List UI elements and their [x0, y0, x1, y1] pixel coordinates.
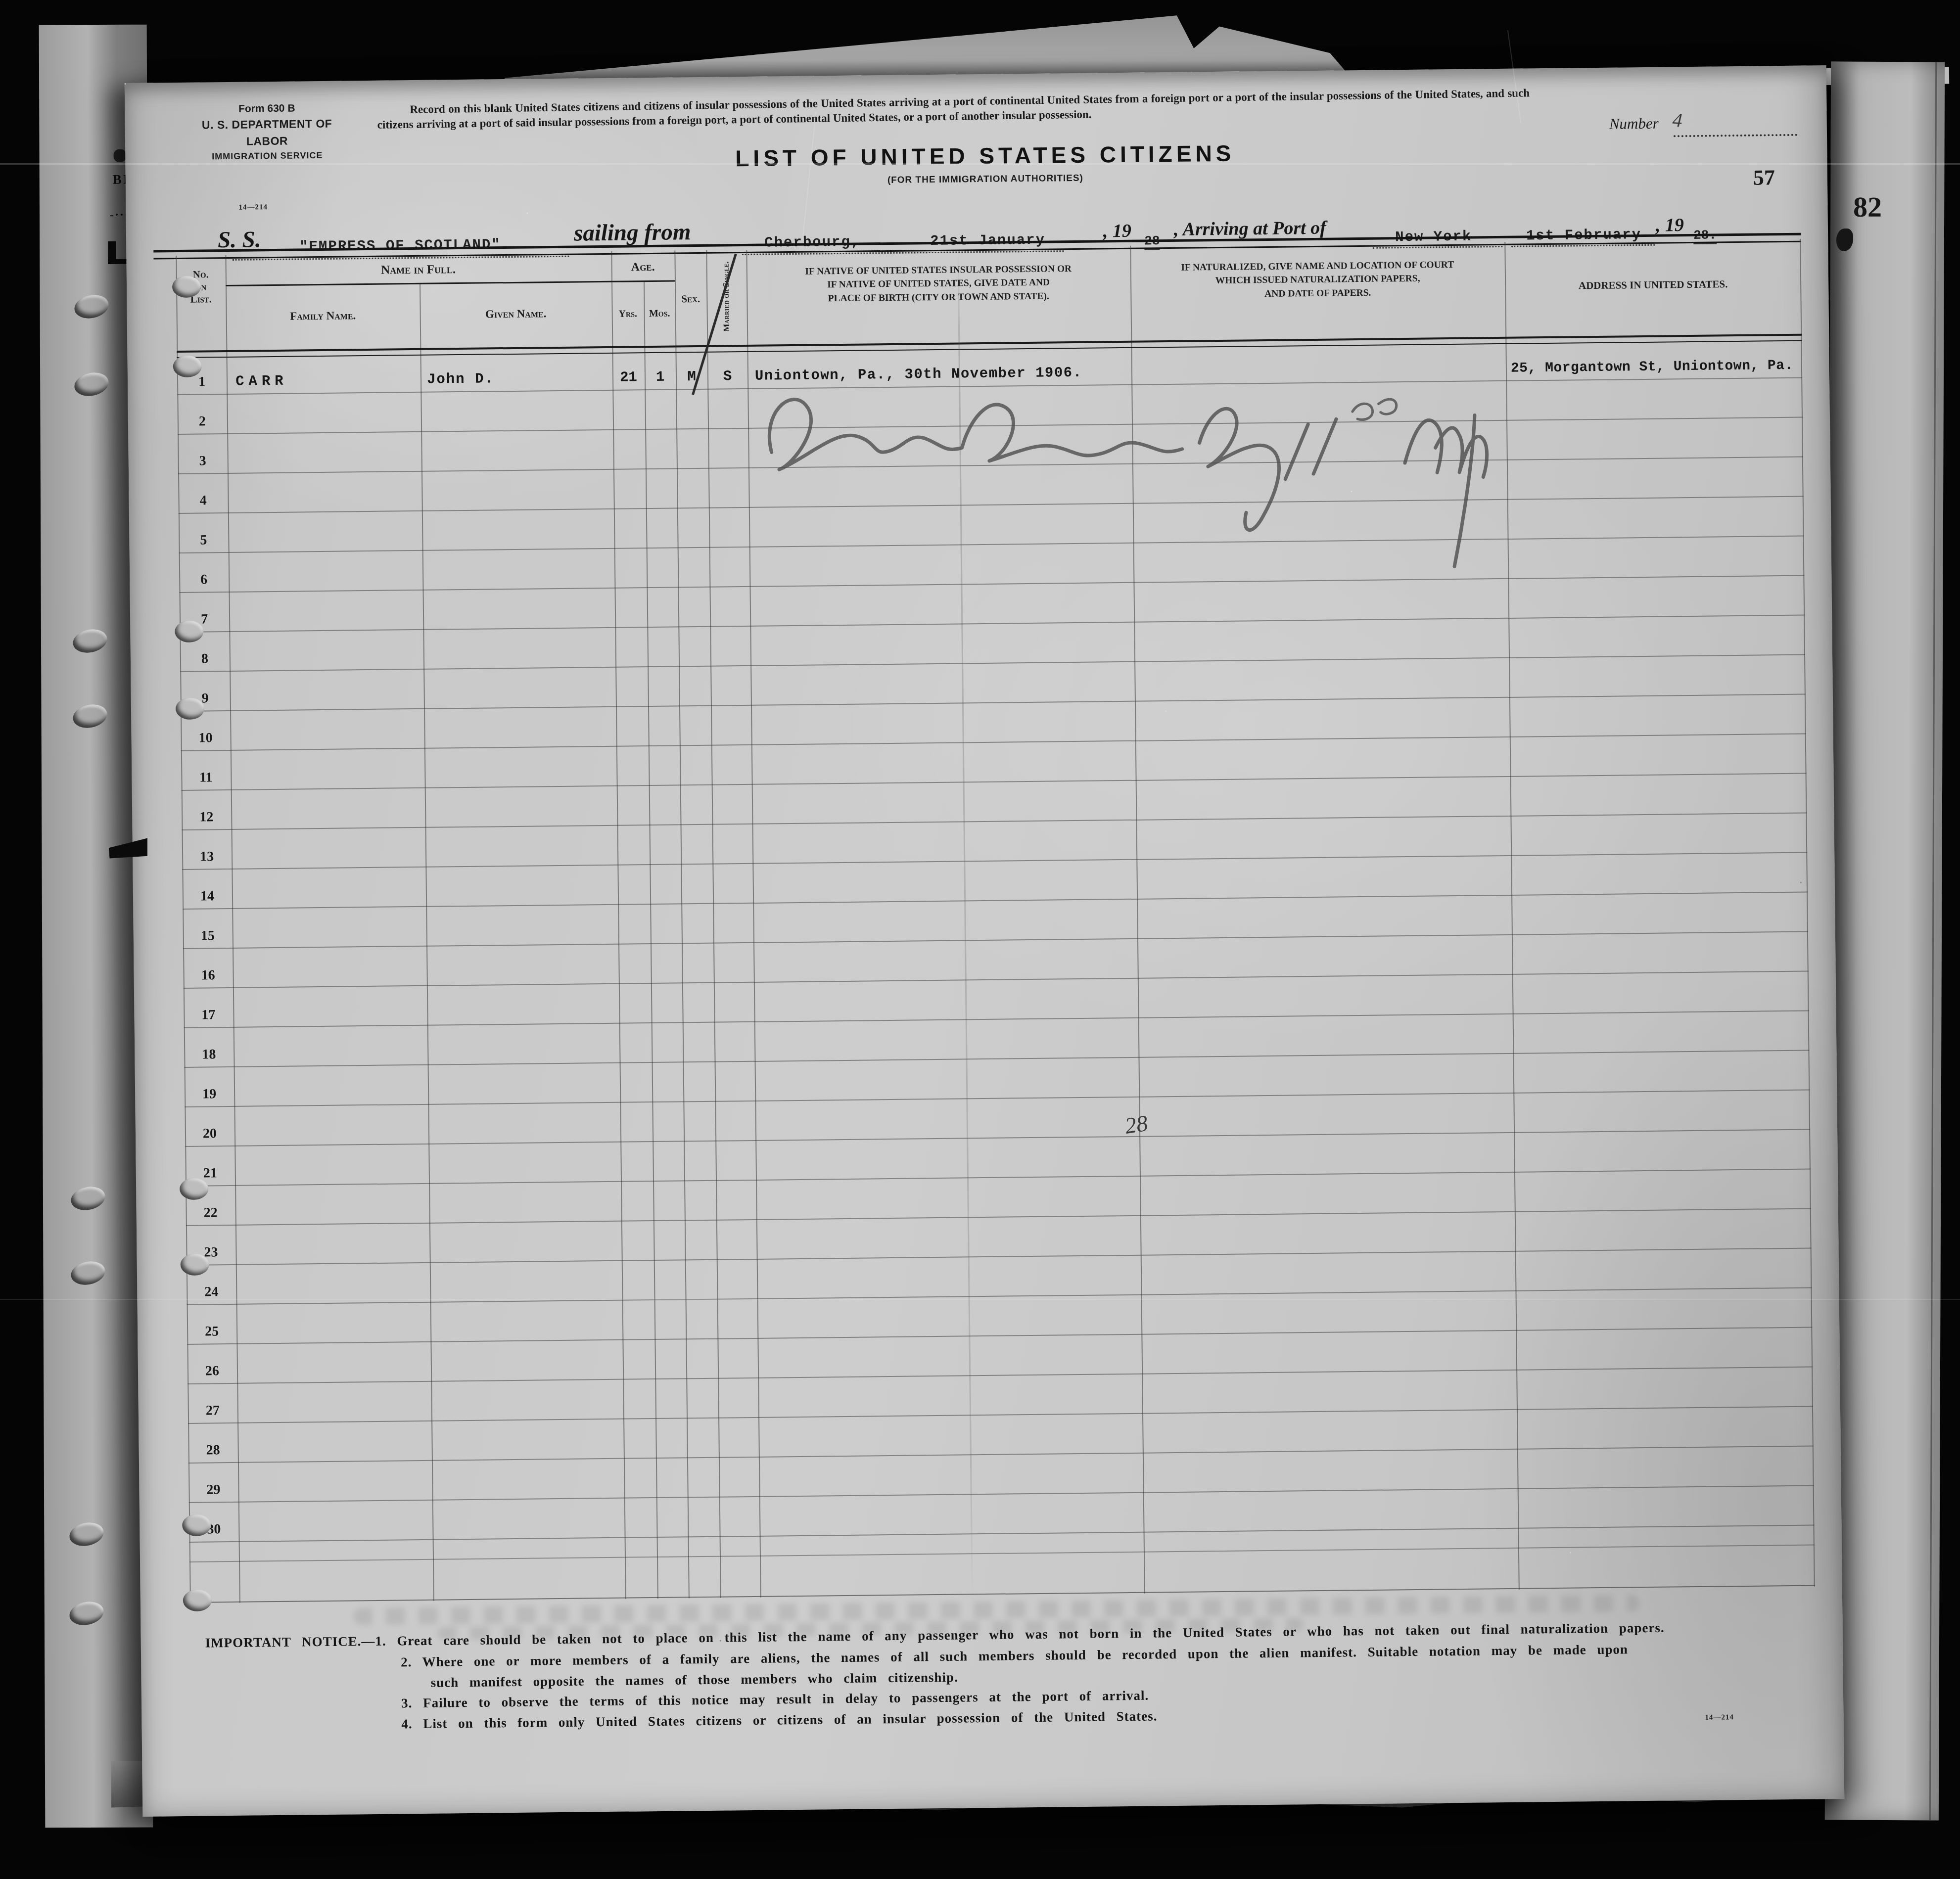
cell-sex: [684, 1137, 715, 1137]
cell-sex: [682, 978, 714, 979]
cell-yrs: [623, 1375, 655, 1375]
cell-sex: [681, 899, 713, 900]
cell-married: [715, 1097, 755, 1097]
cell-no: 13: [182, 849, 232, 865]
cell-yrs: [620, 1137, 653, 1138]
cell-no: 22: [186, 1205, 235, 1221]
form-identifier-block: Form 630 B U. S. DEPARTMENT OF LABOR IMM…: [183, 100, 351, 163]
notice-line-3: such manifest opposite the names of thos…: [430, 1670, 958, 1691]
cell-mos: [654, 1334, 686, 1335]
cell-mos: [650, 899, 681, 900]
cell-sex: [688, 1493, 719, 1493]
cell-sex: [678, 583, 709, 583]
cell-married: [708, 463, 748, 464]
number-label: Number: [1609, 115, 1659, 133]
cell-yrs: [619, 1018, 652, 1019]
cell-no: 15: [183, 928, 233, 944]
cell-married: [717, 1255, 757, 1255]
cell-yrs: 21: [612, 369, 645, 386]
cell-no: 25: [187, 1324, 236, 1340]
cell-yrs: [621, 1216, 653, 1217]
microfilm-scan: BIL -···· 82 Form 630 B U. S. DEPARTMENT…: [0, 0, 1960, 1879]
cell-mos: [652, 1097, 683, 1098]
cell-yrs: [624, 1493, 656, 1494]
cell-married: [713, 938, 753, 939]
cell-sex: [685, 1295, 717, 1295]
print-code-bottom: 14—214: [1705, 1713, 1734, 1722]
cell-married: [718, 1413, 758, 1414]
column-header-name: Name in Full.: [226, 261, 611, 279]
cell-married: [712, 780, 752, 780]
cell-yrs: [622, 1256, 654, 1256]
handwritten-signature: [756, 370, 1510, 586]
cell-married: [715, 1136, 755, 1137]
cell-married: [716, 1215, 756, 1216]
cell-sex: [686, 1374, 718, 1375]
cell-sex: [678, 543, 709, 544]
cell-married: [709, 543, 749, 543]
column-header-birth: IF NATIVE OF UNITED STATES INSULAR POSSE…: [749, 262, 1128, 306]
cell-sex: [677, 464, 708, 464]
number-fill-line: [1674, 134, 1797, 137]
cell-no: 3: [178, 453, 228, 469]
cell-no: 29: [188, 1482, 238, 1498]
cell-sex: [680, 820, 712, 821]
cell-sex: [679, 701, 711, 702]
cell-no: 4: [178, 493, 228, 509]
cell-married: [710, 622, 750, 622]
cell-no: 18: [184, 1047, 233, 1063]
scan-streak: [0, 1299, 1960, 1300]
cell-yrs: [614, 504, 646, 504]
cell-sex: [677, 504, 709, 504]
cell-mos: [649, 741, 680, 741]
cell-mos: [646, 464, 677, 464]
cell-mos: [647, 543, 678, 544]
cell-married: [717, 1334, 757, 1334]
cell-yrs: [617, 821, 649, 821]
cell-mos: [653, 1176, 684, 1177]
cell-no: 6: [179, 572, 229, 588]
cell-mos: [655, 1414, 687, 1414]
column-header-married-or-single: Married or Single.: [721, 257, 732, 336]
cell-mos: [651, 978, 682, 979]
cell-mos: [655, 1374, 686, 1375]
handwritten-number: 4: [1672, 108, 1683, 132]
column-header-mos: Mos.: [644, 308, 675, 320]
dust-specks: [125, 83, 126, 85]
page-subtitle: (FOR THE IMMIGRATION AUTHORITIES): [738, 172, 1233, 187]
cell-married: [719, 1532, 759, 1532]
column-header-address: ADDRESS IN UNITED STATES.: [1505, 277, 1801, 293]
cell-yrs: [624, 1533, 656, 1533]
cell-no: 11: [181, 770, 231, 786]
cell-married: [719, 1492, 759, 1493]
cell-yrs: [615, 623, 647, 623]
cell-no: 16: [183, 967, 233, 984]
cell-mos: [647, 622, 678, 623]
cell-sex: [688, 1532, 719, 1533]
column-header-age: Age.: [611, 260, 675, 274]
cell-no: 17: [184, 1007, 233, 1023]
cell-mos: [653, 1137, 684, 1137]
cell-mos: [654, 1295, 685, 1295]
cell-mos: [653, 1216, 685, 1216]
print-code-top: 14—214: [238, 203, 268, 212]
cell-mos: [648, 662, 679, 662]
cell-no: 20: [185, 1126, 234, 1142]
cell-mos: [646, 504, 677, 504]
cell-mos: [649, 780, 680, 781]
cell-given: John D.: [427, 370, 494, 387]
cell-yrs: [618, 900, 650, 900]
cell-mos: [647, 583, 678, 583]
cell-mos: [650, 860, 681, 860]
cell-married: [714, 1057, 754, 1057]
sheet-edge-line: [1929, 62, 1937, 1820]
year-prefix: , 19: [1103, 220, 1131, 242]
cell-sex: [676, 424, 708, 425]
cell-mos: [656, 1453, 687, 1454]
cell-address: 25, Morgantown St, Uniontown, Pa.: [1511, 358, 1793, 376]
column-header-family: Family Name.: [226, 309, 420, 323]
cell-married: [712, 820, 752, 820]
cell-no: 14: [183, 888, 232, 905]
cell-yrs: [617, 860, 650, 861]
cell-mos: [656, 1532, 688, 1533]
cell-married: [711, 701, 751, 701]
cell-married: [713, 899, 753, 899]
service-name: IMMIGRATION SERVICE: [183, 148, 351, 163]
cell-yrs: [617, 781, 649, 781]
cell-sex: [686, 1334, 717, 1335]
stamped-page-number: 57: [1753, 165, 1775, 190]
cell-yrs: [618, 939, 651, 940]
cell-married: S: [707, 368, 747, 385]
cell-sex: [683, 1057, 714, 1058]
handwritten-sheet-note: 28: [1123, 1110, 1149, 1139]
cell-mos: 1: [645, 368, 676, 385]
cell-mos: [649, 820, 680, 821]
cell-yrs: [623, 1414, 655, 1415]
cell-sex: [685, 1216, 716, 1216]
cell-no: 26: [187, 1363, 237, 1379]
year-prefix: , 19: [1656, 214, 1684, 236]
cell-no: 12: [182, 809, 231, 825]
cell-no: 24: [187, 1284, 236, 1300]
cell-sex: [687, 1414, 718, 1414]
cell-mos: [652, 1018, 683, 1018]
cell-married: [716, 1176, 756, 1176]
cell-married: [717, 1294, 757, 1295]
cell-married: [709, 503, 749, 504]
page-title: LIST OF UNITED STATES CITIZENS: [663, 139, 1307, 173]
cell-married: [710, 661, 750, 662]
cell-yrs: [619, 979, 651, 979]
cell-sex: [678, 622, 710, 623]
cell-no: 2: [178, 413, 227, 430]
ink-fragment: [114, 149, 127, 162]
column-header-given: Given Name.: [420, 307, 612, 321]
column-header-naturalization: IF NATURALIZED, GIVE NAME AND LOCATION O…: [1133, 258, 1503, 302]
cell-married: [709, 582, 749, 583]
cell-married: [711, 740, 751, 741]
arriving-label: , Arriving at Port of: [1174, 217, 1326, 240]
sailing-from-label: sailing from: [574, 219, 691, 246]
header-rule: [226, 281, 611, 286]
cell-no: 28: [188, 1442, 238, 1459]
cell-yrs: [620, 1098, 652, 1098]
column-header-sex: Sex.: [675, 293, 706, 306]
cell-yrs: [621, 1177, 653, 1177]
cell-sex: [684, 1176, 716, 1177]
notice-line-5: 4. List on this form only United States …: [401, 1708, 1157, 1732]
cell-sex: [680, 741, 711, 741]
cell-yrs: [615, 662, 648, 663]
notice-line-4: 3. Failure to observe the terms of this …: [401, 1688, 1149, 1711]
manifest-page: Form 630 B U. S. DEPARTMENT OF LABOR IMM…: [125, 65, 1845, 1817]
punch-hole: [183, 1589, 212, 1611]
cell-sex: [683, 1018, 714, 1018]
cell-married: [714, 978, 754, 978]
cell-married: [718, 1374, 758, 1374]
cell-yrs: [619, 1058, 652, 1058]
cell-yrs: [616, 702, 648, 702]
cell-mos: [651, 939, 682, 939]
cell-yrs: [613, 425, 645, 425]
cell-no: 19: [185, 1086, 234, 1102]
cell-sex: [682, 939, 713, 939]
cell-sex: [687, 1453, 719, 1454]
cell-sex: [685, 1255, 717, 1256]
column-header-yrs: Yrs.: [612, 308, 644, 320]
cell-mos: [656, 1493, 688, 1493]
cell-sex: [679, 662, 710, 662]
instruction-paragraph: Record on this blank United States citiz…: [377, 86, 1530, 132]
cell-family: CARR: [235, 373, 288, 390]
cell-no: 8: [180, 651, 230, 667]
cell-sex: M: [676, 368, 707, 385]
scan-streak: [0, 163, 1960, 165]
cell-mos: [645, 424, 676, 425]
cell-married: [714, 1017, 754, 1018]
cell-yrs: [616, 741, 649, 742]
cell-sex: [680, 780, 712, 781]
cell-married: [708, 424, 748, 424]
back-page-number: 82: [1853, 190, 1882, 224]
cell-yrs: [613, 464, 646, 465]
form-id: Form 630 B: [183, 100, 351, 117]
cell-mos: [652, 1057, 683, 1058]
cell-no: 10: [181, 730, 230, 746]
cell-sex: [681, 860, 712, 860]
cell-yrs: [622, 1335, 654, 1335]
cell-yrs: [624, 1454, 656, 1454]
cell-no: 5: [179, 532, 228, 549]
cell-yrs: [622, 1295, 654, 1296]
underlying-sheet-right: 82: [1825, 62, 1945, 1821]
department-name: U. S. DEPARTMENT OF LABOR: [183, 116, 351, 150]
cell-sex: [683, 1097, 715, 1098]
cell-no: 27: [188, 1403, 237, 1419]
cell-yrs: [614, 544, 647, 544]
cell-married: [712, 859, 752, 860]
cell-mos: [654, 1255, 685, 1256]
cell-mos: [648, 701, 679, 702]
cell-yrs: [614, 583, 647, 584]
header-rule: [611, 280, 675, 282]
cell-married: [719, 1453, 759, 1453]
